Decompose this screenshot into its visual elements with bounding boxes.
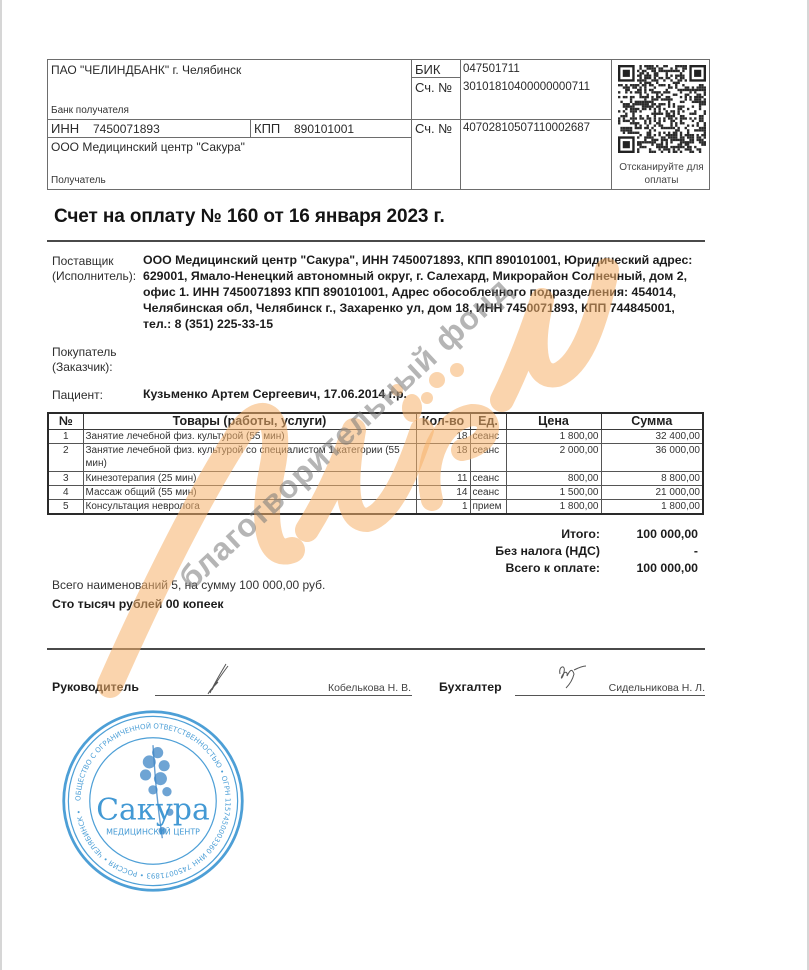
vat-row: Без налога (НДС) - <box>432 543 702 560</box>
accountant-signature-line <box>515 695 705 696</box>
table-row: 4 Массаж общий (55 мин) 14 сеанс 1 500,0… <box>48 485 703 499</box>
total-label: Итого: <box>432 526 600 543</box>
row-number: 4 <box>48 485 83 499</box>
qr-caption: Отсканируйте для оплаты <box>612 161 711 187</box>
divider <box>411 77 461 78</box>
row-number: 3 <box>48 471 83 485</box>
stamp-subtitle: МЕДИЦИНСКИЙ ЦЕНТР <box>106 825 200 836</box>
row-price: 800,00 <box>506 471 601 485</box>
patient-label: Пациент: <box>52 388 103 403</box>
col-header-qty: Кол-во <box>416 413 470 429</box>
totals-block: Итого: 100 000,00 Без налога (НДС) - Все… <box>432 526 702 577</box>
bik-value: 047501711 <box>463 63 520 75</box>
row-qty: 18 <box>416 429 470 443</box>
divider <box>48 119 611 120</box>
supplier-label: Поставщик <box>52 254 114 269</box>
row-number: 5 <box>48 499 83 514</box>
col-header-price: Цена <box>506 413 601 429</box>
recipient-name: ООО Медицинский центр "Сакура" <box>51 140 245 154</box>
vat-label: Без налога (НДС) <box>432 543 600 560</box>
corr-account-value: 30101810400000000711 <box>463 81 590 93</box>
recipient-caption: Получатель <box>51 175 106 186</box>
row-name: Занятие лечебной физ. культурой (55 мин) <box>83 429 416 443</box>
row-unit: сеанс <box>470 429 506 443</box>
row-qty: 11 <box>416 471 470 485</box>
supplier-details: ООО Медицинский центр "Сакура", ИНН 7450… <box>143 252 705 332</box>
account-label: Сч. № <box>415 121 452 136</box>
stamp-center-text: Сакура <box>96 793 209 828</box>
bik-label: БИК <box>415 62 440 77</box>
vat-value: - <box>600 543 702 560</box>
col-header-number: № <box>48 413 83 429</box>
account-value: 40702810507110002687 <box>463 122 590 134</box>
table-row: 3 Кинезотерапия (25 мин) 11 сеанс 800,00… <box>48 471 703 485</box>
col-header-goods: Товары (работы, услуги) <box>83 413 416 429</box>
divider <box>411 60 412 189</box>
row-name: Занятие лечебной физ. культурой со специ… <box>83 443 416 471</box>
qr-payment-box: Отсканируйте для оплаты <box>611 60 710 189</box>
corr-account-label: Сч. № <box>415 80 452 95</box>
title-divider <box>47 240 705 242</box>
row-unit: прием <box>470 499 506 514</box>
row-sum: 36 000,00 <box>601 443 703 471</box>
patient-details: Кузьменко Артем Сергеевич, 17.06.2014 г.… <box>143 387 407 401</box>
table-row: 5 Консультация невролога 1 прием 1 800,0… <box>48 499 703 514</box>
row-name: Массаж общий (55 мин) <box>83 485 416 499</box>
accountant-signature-icon <box>554 660 594 690</box>
row-number: 1 <box>48 429 83 443</box>
total-row: Итого: 100 000,00 <box>432 526 702 543</box>
buyer-label: Покупатель <box>52 345 116 360</box>
row-unit: сеанс <box>470 443 506 471</box>
row-qty: 18 <box>416 443 470 471</box>
row-number: 2 <box>48 443 83 471</box>
signature-divider <box>47 648 705 650</box>
due-label: Всего к оплате: <box>432 560 600 577</box>
row-price: 2 000,00 <box>506 443 601 471</box>
divider <box>250 119 251 137</box>
inn-value: 7450071893 <box>93 122 160 136</box>
company-stamp-icon: ОБЩЕСТВО С ОГРАНИЧЕННОЙ ОТВЕТСТВЕННОСТЬЮ… <box>60 708 246 894</box>
row-sum: 8 800,00 <box>601 471 703 485</box>
row-qty: 14 <box>416 485 470 499</box>
row-price: 1 800,00 <box>506 499 601 514</box>
row-sum: 21 000,00 <box>601 485 703 499</box>
col-header-sum: Сумма <box>601 413 703 429</box>
amount-in-words: Сто тысяч рублей 00 копеек <box>52 597 224 611</box>
items-table: № Товары (работы, услуги) Кол-во Ед. Цен… <box>47 412 704 515</box>
inn-label: ИНН <box>51 121 79 136</box>
accountant-label: Бухгалтер <box>439 680 502 694</box>
row-sum: 1 800,00 <box>601 499 703 514</box>
row-price: 1 800,00 <box>506 429 601 443</box>
items-count-summary: Всего наименований 5, на сумму 100 000,0… <box>52 578 325 592</box>
head-name: Кобелькова Н. В. <box>262 682 411 694</box>
row-name: Кинезотерапия (25 мин) <box>83 471 416 485</box>
row-name: Консультация невролога <box>83 499 416 514</box>
due-row: Всего к оплате: 100 000,00 <box>432 560 702 577</box>
table-header-row: № Товары (работы, услуги) Кол-во Ед. Цен… <box>48 413 703 429</box>
col-header-unit: Ед. <box>470 413 506 429</box>
row-unit: сеанс <box>470 471 506 485</box>
bank-caption: Банк получателя <box>51 105 129 116</box>
bank-name: ПАО "ЧЕЛИНДБАНК" г. Челябинск <box>51 63 241 77</box>
buyer-label-sub: (Заказчик): <box>52 360 113 375</box>
table-row: 2 Занятие лечебной физ. культурой со спе… <box>48 443 703 471</box>
table-row: 1 Занятие лечебной физ. культурой (55 ми… <box>48 429 703 443</box>
divider <box>48 137 411 138</box>
row-sum: 32 400,00 <box>601 429 703 443</box>
invoice-title: Счет на оплату № 160 от 16 января 2023 г… <box>54 206 445 228</box>
head-label: Руководитель <box>52 680 139 694</box>
bank-requisites-block: ПАО "ЧЕЛИНДБАНК" г. Челябинск Банк получ… <box>47 59 710 190</box>
divider <box>460 60 461 189</box>
row-qty: 1 <box>416 499 470 514</box>
due-value: 100 000,00 <box>600 560 702 577</box>
row-unit: сеанс <box>470 485 506 499</box>
supplier-label-sub: (Исполнитель): <box>52 269 142 284</box>
head-signature-icon <box>202 660 242 696</box>
total-value: 100 000,00 <box>600 526 702 543</box>
kpp-value: 890101001 <box>294 122 354 136</box>
head-signature-line <box>155 695 412 696</box>
qr-code-icon <box>618 63 706 155</box>
kpp-label: КПП <box>254 121 280 136</box>
row-price: 1 500,00 <box>506 485 601 499</box>
